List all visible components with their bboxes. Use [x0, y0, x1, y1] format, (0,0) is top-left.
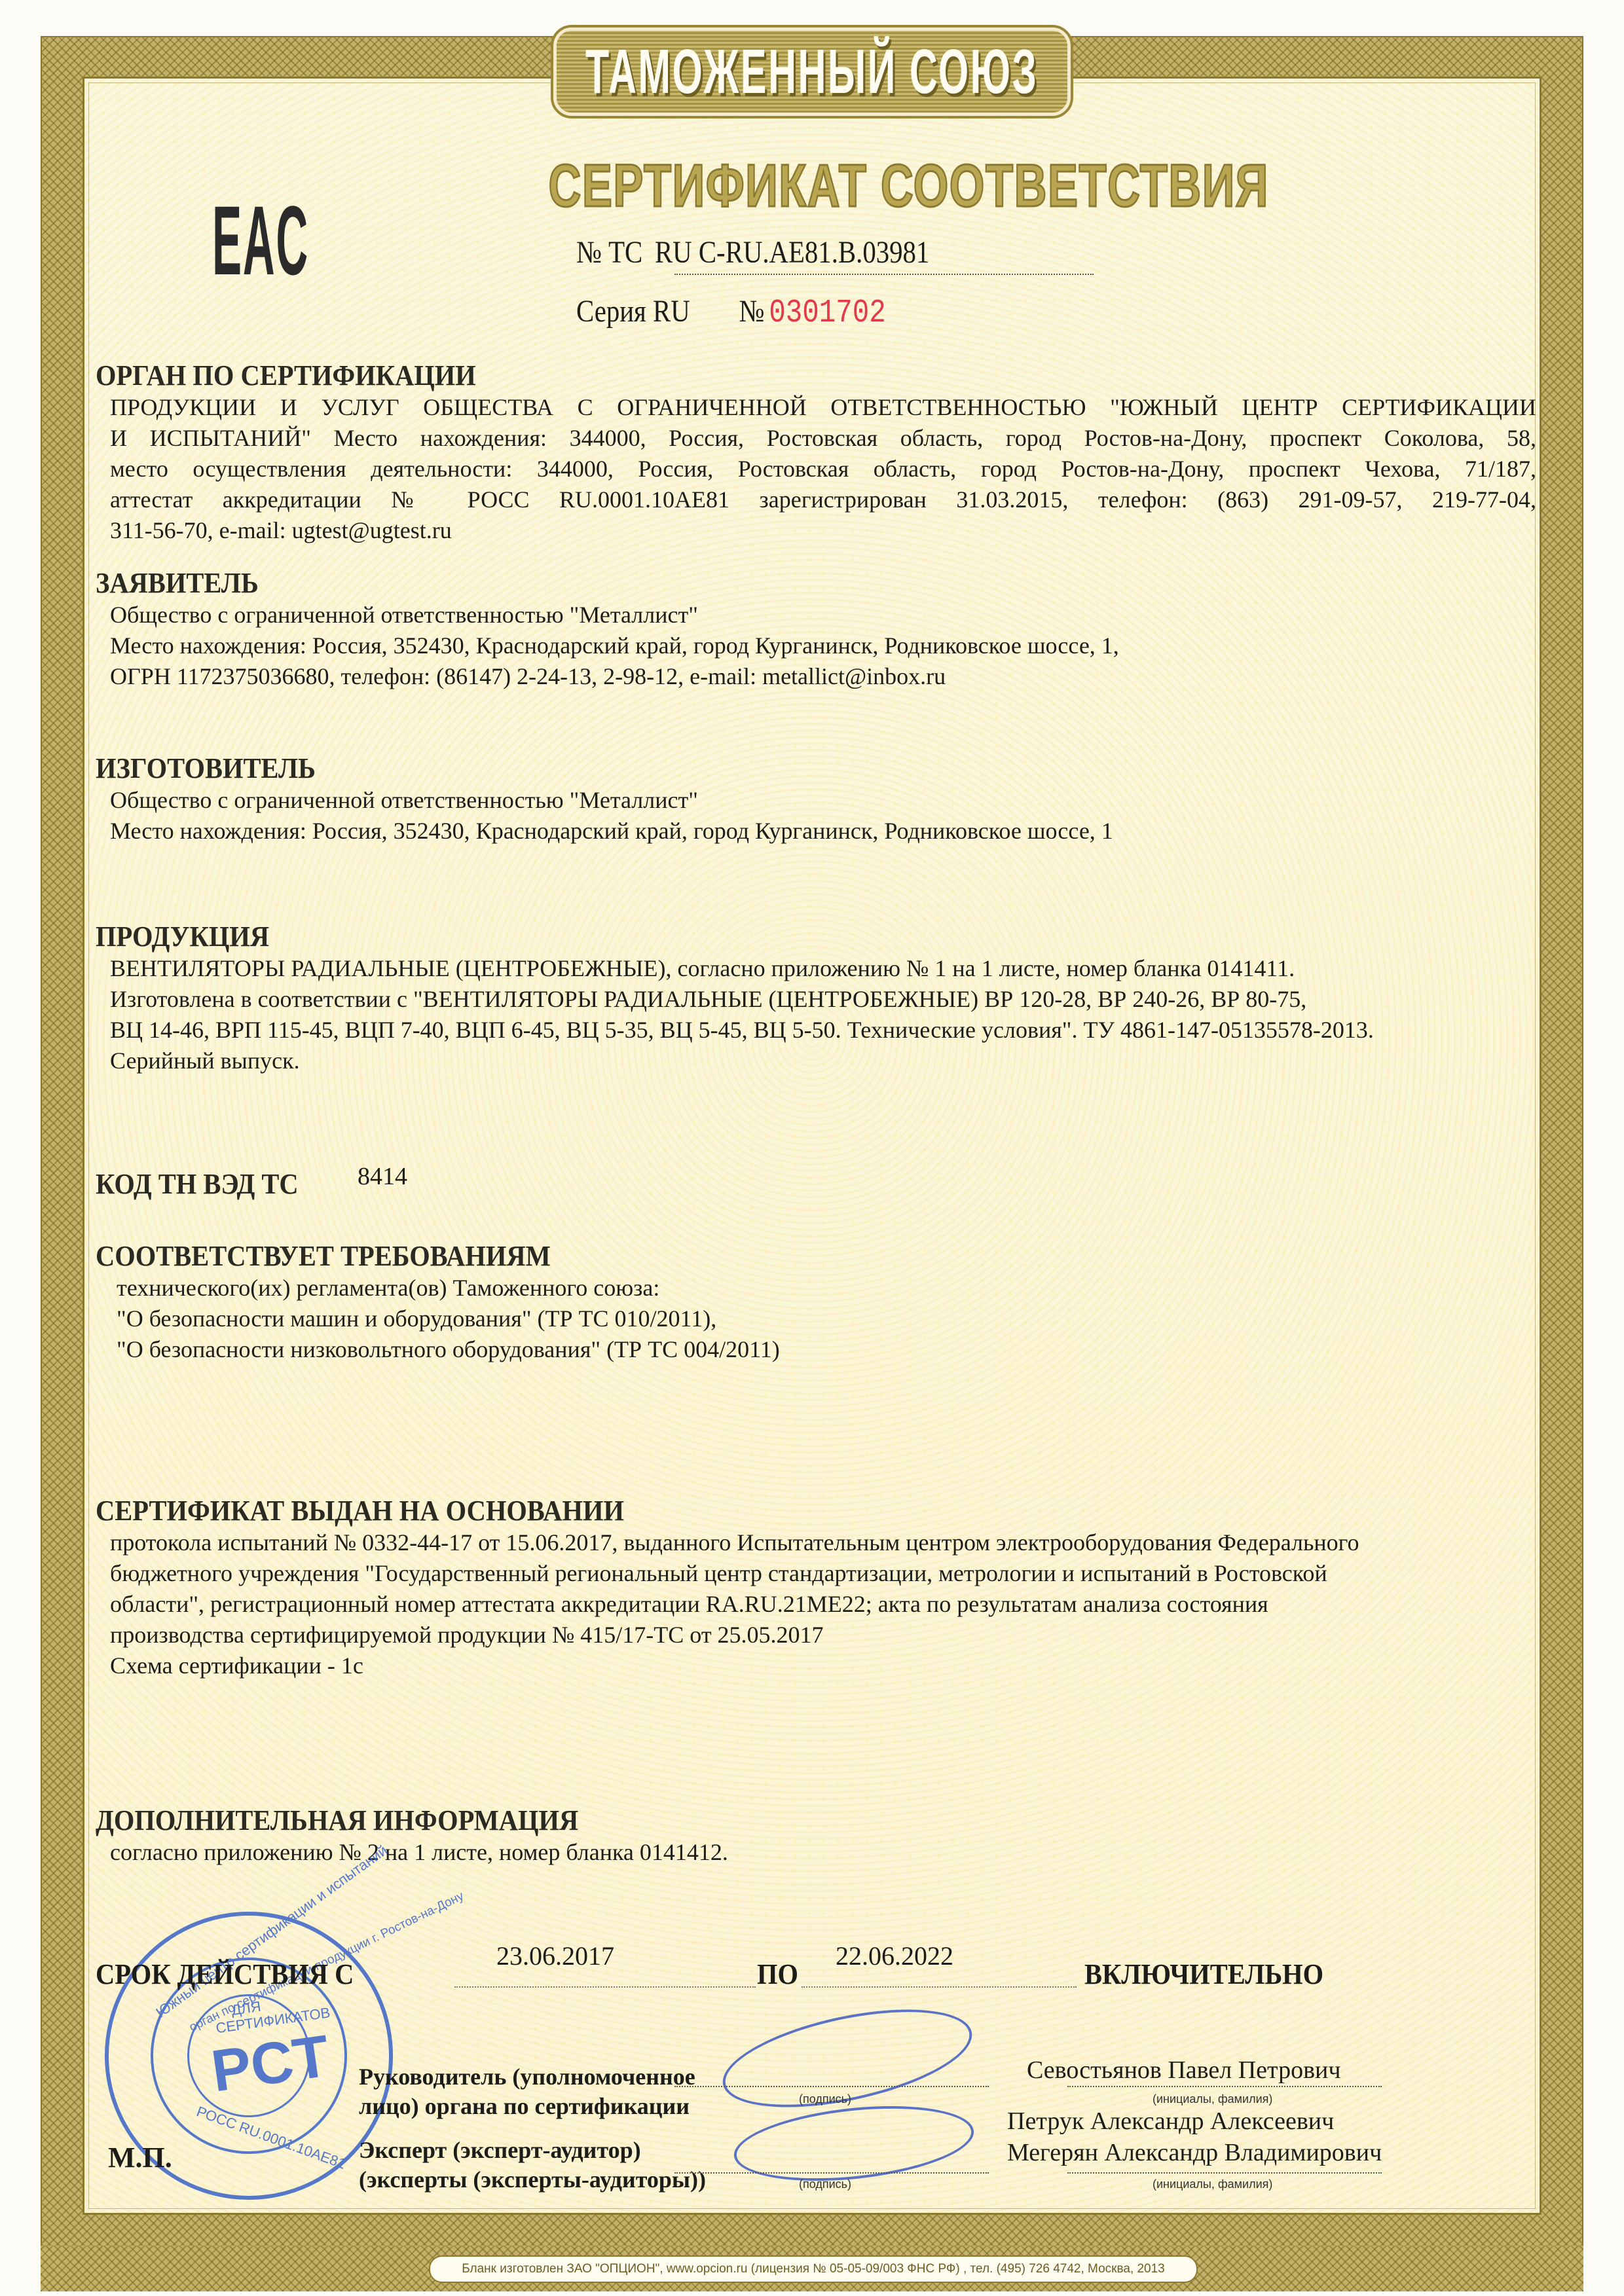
section-body: Общество с ограниченной ответственностью… [96, 600, 1536, 692]
section-heading: ДОПОЛНИТЕЛЬНАЯ ИНФОРМАЦИЯ [96, 1804, 1421, 1837]
stamp-place-label: М.П. [108, 2141, 172, 2174]
text-line: технического(их) регламента(ов) Таможенн… [117, 1273, 1536, 1303]
section-certification-body: ОРГАН ПО СЕРТИФИКАЦИИ ПРОДУКЦИИ И УСЛУГ … [96, 359, 1536, 546]
certificate-number-value: RU C-RU.AE81.B.03981 [655, 235, 929, 270]
section-applicant: ЗАЯВИТЕЛЬ Общество с ограниченной ответс… [96, 566, 1536, 692]
text-line: И ИСПЫТАНИЙ" Место нахождения: 344000, Р… [110, 423, 1536, 454]
hs-code: КОД ТН ВЭД ТС 8414 [96, 1167, 316, 1201]
expert-name: Петрук Александр Алексеевич [1007, 2107, 1334, 2136]
section-additional: ДОПОЛНИТЕЛЬНАЯ ИНФОРМАЦИЯ согласно прило… [96, 1804, 1536, 1868]
text-line: "О безопасности низковольтного оборудова… [117, 1334, 1536, 1365]
section-heading: СООТВЕТСТВУЕТ ТРЕБОВАНИЯМ [96, 1239, 1421, 1273]
blank-manufacturer-footer: Бланк изготовлен ЗАО "ОПЦИОН", www.opcio… [429, 2255, 1198, 2283]
head-name: Севостьянов Павел Петрович [1027, 2056, 1341, 2085]
text-line: Место нахождения: Россия, 352430, Красно… [110, 630, 1536, 661]
hs-code-label: КОД ТН ВЭД ТС [96, 1167, 299, 1201]
role-line: Руководитель (уполномоченное [359, 2064, 695, 2090]
head-role-label: Руководитель (уполномоченное лицо) орган… [359, 2062, 695, 2121]
text-line: Схема сертификации - 1с [110, 1650, 1536, 1681]
name-caption: (инициалы, фамилия) [1153, 2092, 1272, 2106]
series-label: Серия RU [576, 294, 690, 329]
document-title: СЕРТИФИКАТ СООТВЕТСТВИЯ [549, 152, 1089, 221]
text-line: согласно приложению № 2 на 1 листе, номе… [110, 1837, 1536, 1868]
section-body: ПРОДУКЦИИ И УСЛУГ ОБЩЕСТВА С ОГРАНИЧЕННО… [96, 392, 1536, 546]
text-line: "О безопасности машин и оборудования" (Т… [117, 1303, 1536, 1334]
validity-from-label: СРОК ДЕЙСТВИЯ С [96, 1958, 354, 1991]
section-conforms: СООТВЕТСТВУЕТ ТРЕБОВАНИЯМ технического(и… [96, 1239, 1536, 1365]
text-line: ОГРН 1172375036680, телефон: (86147) 2-2… [110, 661, 1536, 692]
expert-name-line [1067, 2172, 1382, 2174]
hs-code-value: 8414 [358, 1162, 407, 1191]
validity-to-date: 22.06.2022 [836, 1941, 953, 1971]
section-body: ВЕНТИЛЯТОРЫ РАДИАЛЬНЫЕ (ЦЕНТРОБЕЖНЫЕ), с… [96, 953, 1536, 1076]
section-product: ПРОДУКЦИЯ ВЕНТИЛЯТОРЫ РАДИАЛЬНЫЕ (ЦЕНТРО… [96, 920, 1536, 1076]
role-line: (эксперты (эксперты-аудиторы)) [359, 2166, 706, 2193]
text-line: место осуществления деятельности: 344000… [110, 454, 1536, 484]
text-line: бюджетного учреждения "Государственный р… [110, 1558, 1536, 1589]
section-heading: СЕРТИФИКАТ ВЫДАН НА ОСНОВАНИИ [96, 1494, 1421, 1527]
text-line: Изготовлена в соответствии с "ВЕНТИЛЯТОР… [110, 984, 1536, 1015]
text-line: аттестат аккредитации № РОСС RU.0001.10А… [110, 484, 1536, 515]
text-line: Серийный выпуск. [110, 1046, 1536, 1076]
text-line: Место нахождения: Россия, 352430, Красно… [110, 816, 1536, 847]
text-line: области", регистрационный номер аттестат… [110, 1589, 1536, 1620]
text-line: Общество с ограниченной ответственностью… [110, 600, 1536, 630]
section-body: протокола испытаний № 0332-44-17 от 15.0… [96, 1527, 1536, 1681]
head-signature-line [674, 2086, 989, 2087]
section-manufacturer: ИЗГОТОВИТЕЛЬ Общество с ограниченной отв… [96, 752, 1536, 847]
role-line: лицо) органа по сертификации [359, 2093, 690, 2119]
text-line: ВЕНТИЛЯТОРЫ РАДИАЛЬНЫЕ (ЦЕНТРОБЕЖНЫЕ), с… [110, 953, 1536, 984]
expert-signature-line [674, 2172, 989, 2174]
text-line: ПРОДУКЦИИ И УСЛУГ ОБЩЕСТВА С ОГРАНИЧЕННО… [110, 392, 1536, 423]
certificate-number: № ТСRU C-RU.AE81.B.03981 [576, 234, 929, 270]
text-line: ВЦ 14-46, ВРП 115-45, ВЦП 7-40, ВЦП 6-45… [110, 1015, 1536, 1046]
name-caption: (инициалы, фамилия) [1153, 2178, 1272, 2191]
blank-number: 0301702 [769, 295, 886, 332]
certificate-number-underline [674, 274, 1094, 275]
text-line: Общество с ограниченной ответственностью… [110, 785, 1536, 816]
section-body: согласно приложению № 2 на 1 листе, номе… [96, 1837, 1536, 1868]
validity-period: СРОК ДЕЙСТВИЯ С 23.06.2017 ПО 22.06.2022… [96, 1958, 1536, 2010]
section-basis: СЕРТИФИКАТ ВЫДАН НА ОСНОВАНИИ протокола … [96, 1494, 1536, 1681]
certificate-number-label: № ТС [576, 235, 642, 270]
validity-to-label: ПО [757, 1958, 798, 1991]
section-body: технического(их) регламента(ов) Таможенн… [96, 1273, 1536, 1365]
expert-name: Мегерян Александр Владимирович [1007, 2138, 1382, 2167]
head-name-line [1067, 2086, 1382, 2087]
from-date-underline [454, 1986, 756, 1988]
banner-text: ТАМОЖЕННЫЙ СОЮЗ [585, 36, 1038, 108]
blank-number-label: № [739, 294, 765, 329]
text-line: производства сертифицируемой продукции №… [110, 1620, 1536, 1650]
role-line: Эксперт (эксперт-аудитор) [359, 2137, 641, 2163]
section-heading: ЗАЯВИТЕЛЬ [96, 566, 1421, 600]
section-heading: ОРГАН ПО СЕРТИФИКАЦИИ [96, 359, 1421, 392]
text-line: 311-56-70, e-mail: ugtest@ugtest.ru [110, 515, 1536, 546]
section-heading: ПРОДУКЦИЯ [96, 920, 1421, 953]
expert-role-label: Эксперт (эксперт-аудитор) (эксперты (экс… [359, 2136, 706, 2195]
section-heading: ИЗГОТОВИТЕЛЬ [96, 752, 1421, 785]
validity-inclusive-label: ВКЛЮЧИТЕЛЬНО [1084, 1958, 1323, 1991]
signature-caption: (подпись) [799, 2092, 851, 2106]
series-line: Серия RU№0301702 [576, 293, 886, 332]
validity-from-date: 23.06.2017 [496, 1941, 614, 1971]
customs-union-banner: ТАМОЖЕННЫЙ СОЮЗ [553, 27, 1071, 116]
eac-logo-icon: EAC [237, 196, 284, 285]
to-date-underline [802, 1986, 1077, 1988]
signature-caption: (подпись) [799, 2178, 851, 2191]
section-body: Общество с ограниченной ответственностью… [96, 785, 1536, 847]
text-line: протокола испытаний № 0332-44-17 от 15.0… [110, 1527, 1536, 1558]
